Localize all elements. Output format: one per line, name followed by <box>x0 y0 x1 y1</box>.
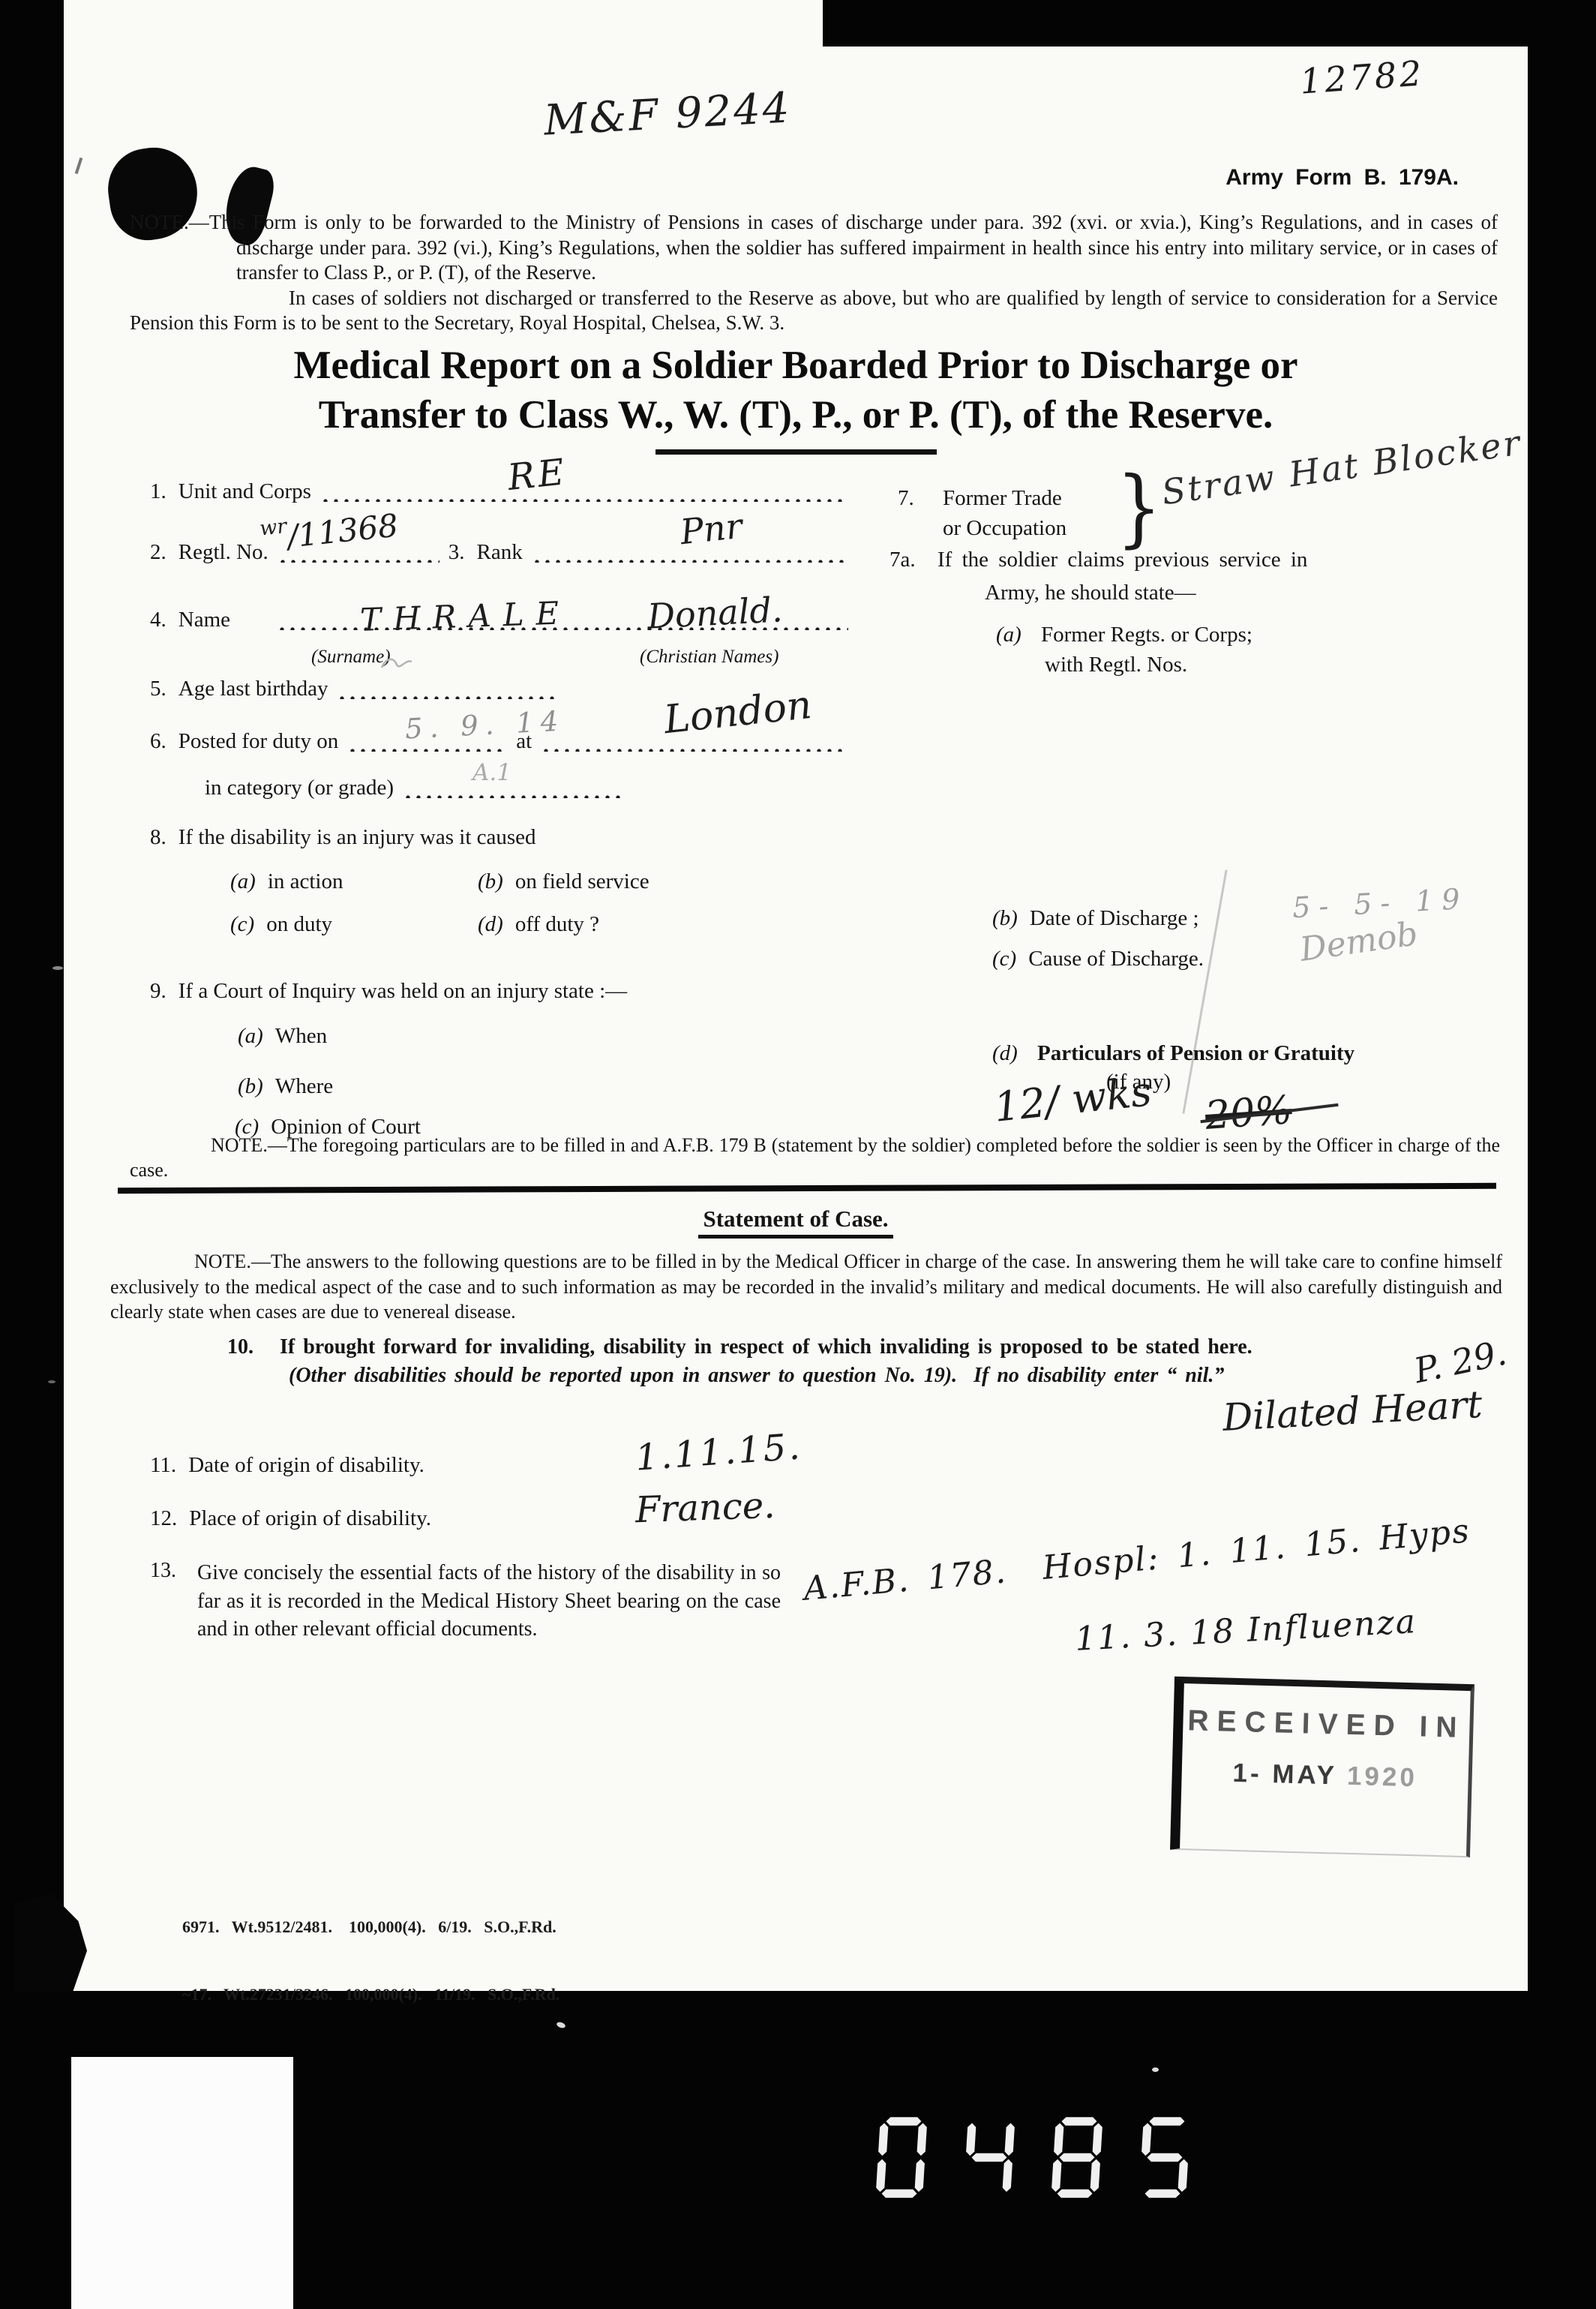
field-number: 7a. <box>889 548 916 572</box>
statement-note: NOTE.—The answers to the following quest… <box>110 1249 1502 1325</box>
field-label: Rank <box>477 540 523 565</box>
field-cause-of-discharge: (c) Cause of Discharge. <box>992 947 1204 971</box>
fill-in-line <box>530 555 848 563</box>
counter-digit <box>1037 2115 1117 2199</box>
form-title-line2: Transfer to Class W., W. (T), P., or P. … <box>64 390 1528 440</box>
field-number: 9. <box>150 979 166 1004</box>
hw-registry-reference: M&F 9244 <box>543 83 793 145</box>
field-place-of-origin: 12. Place of origin of disability. <box>150 1506 431 1531</box>
hw-page-ref: P. 29. <box>1411 1332 1510 1392</box>
hw-history-line2: 11. 3. 18 Influenza <box>1074 1602 1417 1659</box>
option-letter: (b) <box>478 869 503 894</box>
hw-unit-value: RE <box>505 451 569 499</box>
field-number: 1. <box>150 479 166 504</box>
hw-pension-value: 12/ wks <box>991 1067 1153 1131</box>
field-label: Date of Discharge ; <box>1030 906 1199 931</box>
form-id: Army Form B. 179A. <box>1225 165 1459 191</box>
fill-in-line <box>335 692 556 699</box>
field-unit-and-corps: 1. Unit and Corps <box>150 479 851 504</box>
counter-digit <box>862 2115 942 2199</box>
received-stamp: RECEIVED IN 1- MAY 1920 <box>1170 1677 1474 1857</box>
form-title-line1: Medical Report on a Soldier Boarded Prio… <box>64 341 1528 390</box>
field-label: When <box>275 1024 327 1049</box>
scan-artifact <box>1152 2067 1159 2072</box>
field-label: in category (or grade) <box>205 776 394 800</box>
film-edge-strip <box>71 2057 293 2309</box>
scan-artifact <box>48 1380 55 1383</box>
microfilm-scan: { "colors": { "paper": "#fafaf7", "ink-p… <box>0 0 1596 2309</box>
hw-place-of-origin-value: France. <box>634 1485 775 1531</box>
option-letter: (b) <box>238 1074 263 1099</box>
field-label: If a Court of Inquiry was held on an inj… <box>178 979 627 1004</box>
option-label: on duty <box>266 912 332 937</box>
hw-discharge-date-value: 5- 5- 19 <box>1291 882 1469 924</box>
field-number: 7. <box>898 486 914 511</box>
title-underline <box>655 449 937 455</box>
hw-date-of-origin-value: 1.11.15. <box>634 1425 803 1479</box>
option-letter: (c) <box>992 947 1016 971</box>
field-label-line1: Particulars of Pension or Gratuity <box>1037 1041 1354 1066</box>
hw-serial-number: 12782 <box>1298 53 1426 101</box>
stamp-line1: RECEIVED IN <box>1183 1704 1470 1745</box>
hw-disability-value: Dilated Heart <box>1222 1383 1483 1440</box>
field-number: 8. <box>150 825 166 850</box>
field-date-of-discharge: (b) Date of Discharge ; <box>992 906 1199 931</box>
option-label: on field service <box>515 869 649 894</box>
field-injury-cause: 8. If the disability is an injury was it… <box>150 825 536 850</box>
field-label: Name <box>178 608 230 632</box>
field-13-text: Give concisely the essential facts of th… <box>197 1559 781 1644</box>
field-label: If the disability is an injury was it ca… <box>178 825 536 850</box>
option-letter: (a) <box>238 1024 263 1049</box>
option-letter: (d) <box>992 1041 1018 1066</box>
scan-artifact <box>52 966 63 970</box>
section-divider <box>118 1183 1496 1194</box>
page-top-edge <box>64 0 823 48</box>
option-label: in action <box>268 869 343 894</box>
field-label: Unit and Corps <box>178 479 311 504</box>
foregoing-note: NOTE.—The foregoing particulars are to b… <box>130 1133 1500 1182</box>
field-label-line2: or Occupation <box>943 516 1066 541</box>
field-number: 3. <box>448 540 465 565</box>
field-regtl-no-and-rank: 2. Regtl. No. 3. Rank <box>150 540 851 565</box>
statement-heading: Statement of Case. <box>698 1206 892 1239</box>
field-label: Cause of Discharge. <box>1028 947 1204 971</box>
fill-in-line <box>276 555 439 563</box>
frame-counter <box>862 2115 1205 2199</box>
field-number: 12. <box>150 1506 177 1531</box>
field-label-line2: Army, he should state— <box>985 581 1196 605</box>
top-note: NOTE.—This Form is only to be forwarded … <box>130 210 1498 336</box>
field-label: Regtl. No. <box>178 540 268 565</box>
option-letter: (b) <box>992 906 1018 931</box>
stamp-date-dark: 1- MAY <box>1232 1758 1337 1791</box>
option-letter: (a) <box>230 869 256 894</box>
option-letter: (d) <box>478 912 503 937</box>
field-label: Where <box>275 1074 333 1099</box>
hw-regtl-prefix: wr <box>259 515 288 541</box>
field-label: Age last birthday <box>178 677 328 701</box>
stamp-line2: 1- MAY 1920 <box>1181 1757 1468 1794</box>
field-label: Date of origin of disability. <box>188 1453 424 1478</box>
fill-in-line <box>401 791 622 798</box>
field-number: 11. <box>150 1453 176 1478</box>
field-date-of-origin: 11. Date of origin of disability. <box>150 1453 424 1478</box>
form-page: M&F 9244 12782 Army Form B. 179A. NOTE.—… <box>64 47 1528 1991</box>
field-label: Place of origin of disability. <box>189 1506 431 1531</box>
hw-surname-value: THRALE <box>359 594 571 638</box>
option-off-duty: (d) off duty ? <box>478 912 599 937</box>
brace-glyph: } <box>1116 459 1162 557</box>
imprint-line1: 6971. Wt.9512/2481. 100,000(4). 6/19. S.… <box>182 1916 559 1938</box>
subfield-label-line2: with Regtl. Nos. <box>1045 653 1187 677</box>
field-number: 5. <box>150 677 166 701</box>
hw-category-value: A.1 <box>472 759 511 786</box>
hw-rank-value: Pnr <box>678 506 744 552</box>
option-letter: (c) <box>230 912 254 937</box>
field-10-text: If brought forward for invaliding, disab… <box>280 1335 1252 1359</box>
field-10-number: 10. <box>227 1335 253 1359</box>
imprint-line2: ~17. Wt.27231/3246. 100,000(4). 11/19. S… <box>182 1983 559 2006</box>
fill-in-line <box>319 494 848 502</box>
statement-heading-wrap: Statement of Case. <box>64 1206 1528 1239</box>
field-label-line1: If the soldier claims previous service i… <box>937 548 1307 572</box>
top-note-para2: In cases of soldiers not discharged or t… <box>130 286 1498 336</box>
christian-names-caption: (Christian Names) <box>640 647 778 668</box>
form-title: Medical Report on a Soldier Boarded Prio… <box>64 341 1528 440</box>
option-in-action: (a) in action <box>230 869 343 894</box>
field-age: 5. Age last birthday <box>150 677 559 701</box>
counter-digit <box>1125 2115 1205 2199</box>
hw-history-line1: A.F.B. 178. Hospl: 1. 11. 15. Hyps <box>802 1512 1471 1608</box>
printer-imprint: 6971. Wt.9512/2481. 100,000(4). 6/19. S.… <box>182 1871 559 2051</box>
option-label: off duty ? <box>515 912 599 937</box>
pencil-scribble <box>379 654 424 674</box>
field-court-of-inquiry: 9. If a Court of Inquiry was held on an … <box>150 979 627 1004</box>
subfield-when: (a) When <box>238 1024 327 1049</box>
fill-in-line <box>346 744 507 752</box>
fill-in-line <box>539 744 848 752</box>
subfield-where: (b) Where <box>238 1074 333 1099</box>
field-label: Posted for duty on <box>178 729 338 754</box>
scan-artifact <box>75 158 83 174</box>
field-category: in category (or grade) <box>205 776 625 800</box>
hw-christian-name-value: Donald. <box>646 589 784 636</box>
stamp-date-light: 1920 <box>1336 1761 1418 1793</box>
field-label-line1: Former Trade <box>943 486 1062 511</box>
option-on-duty: (c) on duty <box>230 912 332 937</box>
subfield-number: (a) <box>996 623 1021 647</box>
field-number: 2. <box>150 540 166 565</box>
subfield-label-line1: Former Regts. or Corps; <box>1041 623 1252 647</box>
top-note-para1: NOTE.—This Form is only to be forwarded … <box>130 210 1498 286</box>
field-number: 6. <box>150 729 166 754</box>
field-13-number: 13. <box>150 1559 176 1583</box>
field-number: 4. <box>150 608 166 632</box>
option-field-service: (b) on field service <box>478 869 649 894</box>
counter-digit <box>949 2115 1030 2199</box>
field-10-note: (Other disabilities should be reported u… <box>289 1364 1224 1388</box>
